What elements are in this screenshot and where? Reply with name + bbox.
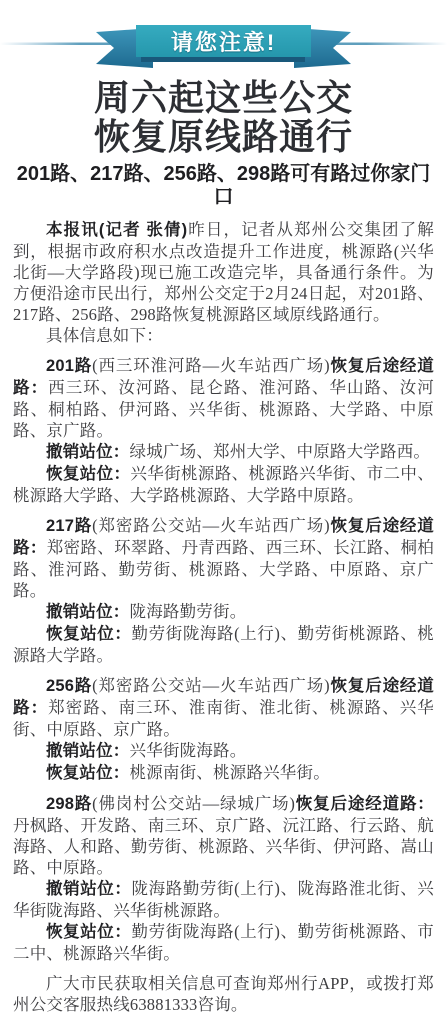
details-note: 具体信息如下： bbox=[13, 325, 434, 346]
route-298-head: 298路(佛岗村公交站—绿城广场)恢复后途经道路：丹枫路、开发路、南三环、京广路… bbox=[13, 793, 434, 878]
route-256-restore-stops: 桃源南街、桃源路兴华街。 bbox=[130, 763, 330, 782]
route-256-scope: (郑密路公交站—火车站西广场) bbox=[92, 676, 330, 695]
route-256-head: 256路(郑密路公交站—火车站西广场)恢复后途经道路：郑密路、南三环、淮南街、淮… bbox=[13, 675, 434, 740]
route-298-restore: 恢复站位：勤劳街陇海路(上行)、勤劳街桃源路、市二中、桃源路兴华街。 bbox=[13, 921, 434, 964]
intro-paragraph: 本报讯(记者 张倩)昨日，记者从郑州公交集团了解到，根据市政府积水点改造提升工作… bbox=[13, 219, 434, 325]
route-256-resume-roads: 郑密路、南三环、淮南街、淮北街、桃源路、兴华街、中原路、京广路。 bbox=[13, 698, 434, 739]
route-256-cancel-stops: 兴华街陇海路。 bbox=[130, 741, 247, 760]
route-201-cancel-stops: 绿城广场、郑州大学、中原路大学路西。 bbox=[130, 442, 431, 461]
route-201-head: 201路(西三环淮河路—火车站西广场)恢复后途经道路：西三环、汝河路、昆仑路、淮… bbox=[13, 355, 434, 441]
ribbon-label: 请您注意! bbox=[136, 25, 311, 57]
byline: 本报讯(记者 张倩) bbox=[46, 221, 187, 239]
route-256-restore: 恢复站位：桃源南街、桃源路兴华街。 bbox=[13, 762, 434, 784]
route-298-resume-roads-label: 恢复后途经道路： bbox=[295, 795, 434, 813]
route-298-restore-label: 恢复站位： bbox=[46, 923, 132, 941]
headline-line2: 恢复原线路通行 bbox=[13, 117, 434, 156]
route-217-resume-roads: 郑密路、环翠路、丹青西路、西三环、长江路、桐柏路、淮河路、勤劳街、桃源路、大学路… bbox=[13, 538, 434, 600]
route-217-head: 217路(郑密路公交站—火车站西广场)恢复后途经道路：郑密路、环翠路、丹青西路、… bbox=[13, 515, 434, 601]
route-201-cancel: 撤销站位：绿城广场、郑州大学、中原路大学路西。 bbox=[13, 441, 434, 463]
route-201-cancel-label: 撤销站位： bbox=[46, 443, 130, 461]
headline-line1: 周六起这些公交 bbox=[13, 78, 434, 117]
route-201-resume-roads: 西三环、汝河路、昆仑路、淮河路、华山路、汝河路、桐柏路、伊河路、兴华街、桃源路、… bbox=[13, 378, 434, 440]
route-201-restore: 恢复站位：兴华街桃源路、桃源路兴华街、市二中、桃源路大学路、大学路桃源路、大学路… bbox=[13, 463, 434, 506]
route-217-cancel: 撤销站位：陇海路勤劳街。 bbox=[13, 601, 434, 623]
route-section-217: 217路(郑密路公交站—火车站西广场)恢复后途经道路：郑密路、环翠路、丹青西路、… bbox=[13, 515, 434, 666]
route-section-298: 298路(佛岗村公交站—绿城广场)恢复后途经道路：丹枫路、开发路、南三环、京广路… bbox=[13, 793, 434, 964]
route-217-cancel-stops: 陇海路勤劳街。 bbox=[130, 602, 247, 621]
route-217-restore: 恢复站位：勤劳街陇海路(上行)、勤劳街桃源路、桃源路大学路。 bbox=[13, 623, 434, 666]
route-256-restore-label: 恢复站位： bbox=[46, 764, 130, 782]
route-201-number: 201路 bbox=[46, 357, 92, 375]
footer-note: 广大市民获取相关信息可查询郑州行APP，或拨打郑州公交客服热线63881333咨… bbox=[13, 973, 434, 1015]
route-217-scope: (郑密路公交站—火车站西广场) bbox=[92, 516, 330, 535]
route-298-cancel: 撤销站位：陇海路勤劳街(上行)、陇海路淮北街、兴华街陇海路、兴华街桃源路。 bbox=[13, 878, 434, 921]
notice-ribbon: 请您注意! bbox=[0, 22, 447, 70]
article-page: 请您注意! 周六起这些公交 恢复原线路通行 201路、217路、256路、298… bbox=[0, 0, 447, 1023]
route-256-cancel: 撤销站位：兴华街陇海路。 bbox=[13, 740, 434, 762]
route-217-restore-label: 恢复站位： bbox=[46, 625, 132, 643]
route-298-number: 298路 bbox=[46, 795, 92, 813]
route-201-scope: (西三环淮河路—火车站西广场) bbox=[92, 356, 330, 375]
subheadline: 201路、217路、256路、298路可有路过你家门口 bbox=[13, 163, 434, 209]
route-298-resume-roads: 丹枫路、开发路、南三环、京广路、沅江路、行云路、航海路、人和路、勤劳街、桃源路、… bbox=[13, 816, 434, 877]
route-298-cancel-label: 撤销站位： bbox=[46, 880, 132, 898]
route-256-cancel-label: 撤销站位： bbox=[46, 742, 130, 760]
route-section-201: 201路(西三环淮河路—火车站西广场)恢复后途经道路：西三环、汝河路、昆仑路、淮… bbox=[13, 355, 434, 506]
route-298-scope: (佛岗村公交站—绿城广场) bbox=[92, 794, 295, 813]
route-217-number: 217路 bbox=[46, 517, 92, 535]
headline: 周六起这些公交 恢复原线路通行 bbox=[13, 78, 434, 156]
route-section-256: 256路(郑密路公交站—火车站西广场)恢复后途经道路：郑密路、南三环、淮南街、淮… bbox=[13, 675, 434, 784]
route-217-cancel-label: 撤销站位： bbox=[46, 603, 130, 621]
route-256-number: 256路 bbox=[46, 677, 92, 695]
route-201-restore-label: 恢复站位： bbox=[46, 465, 130, 483]
